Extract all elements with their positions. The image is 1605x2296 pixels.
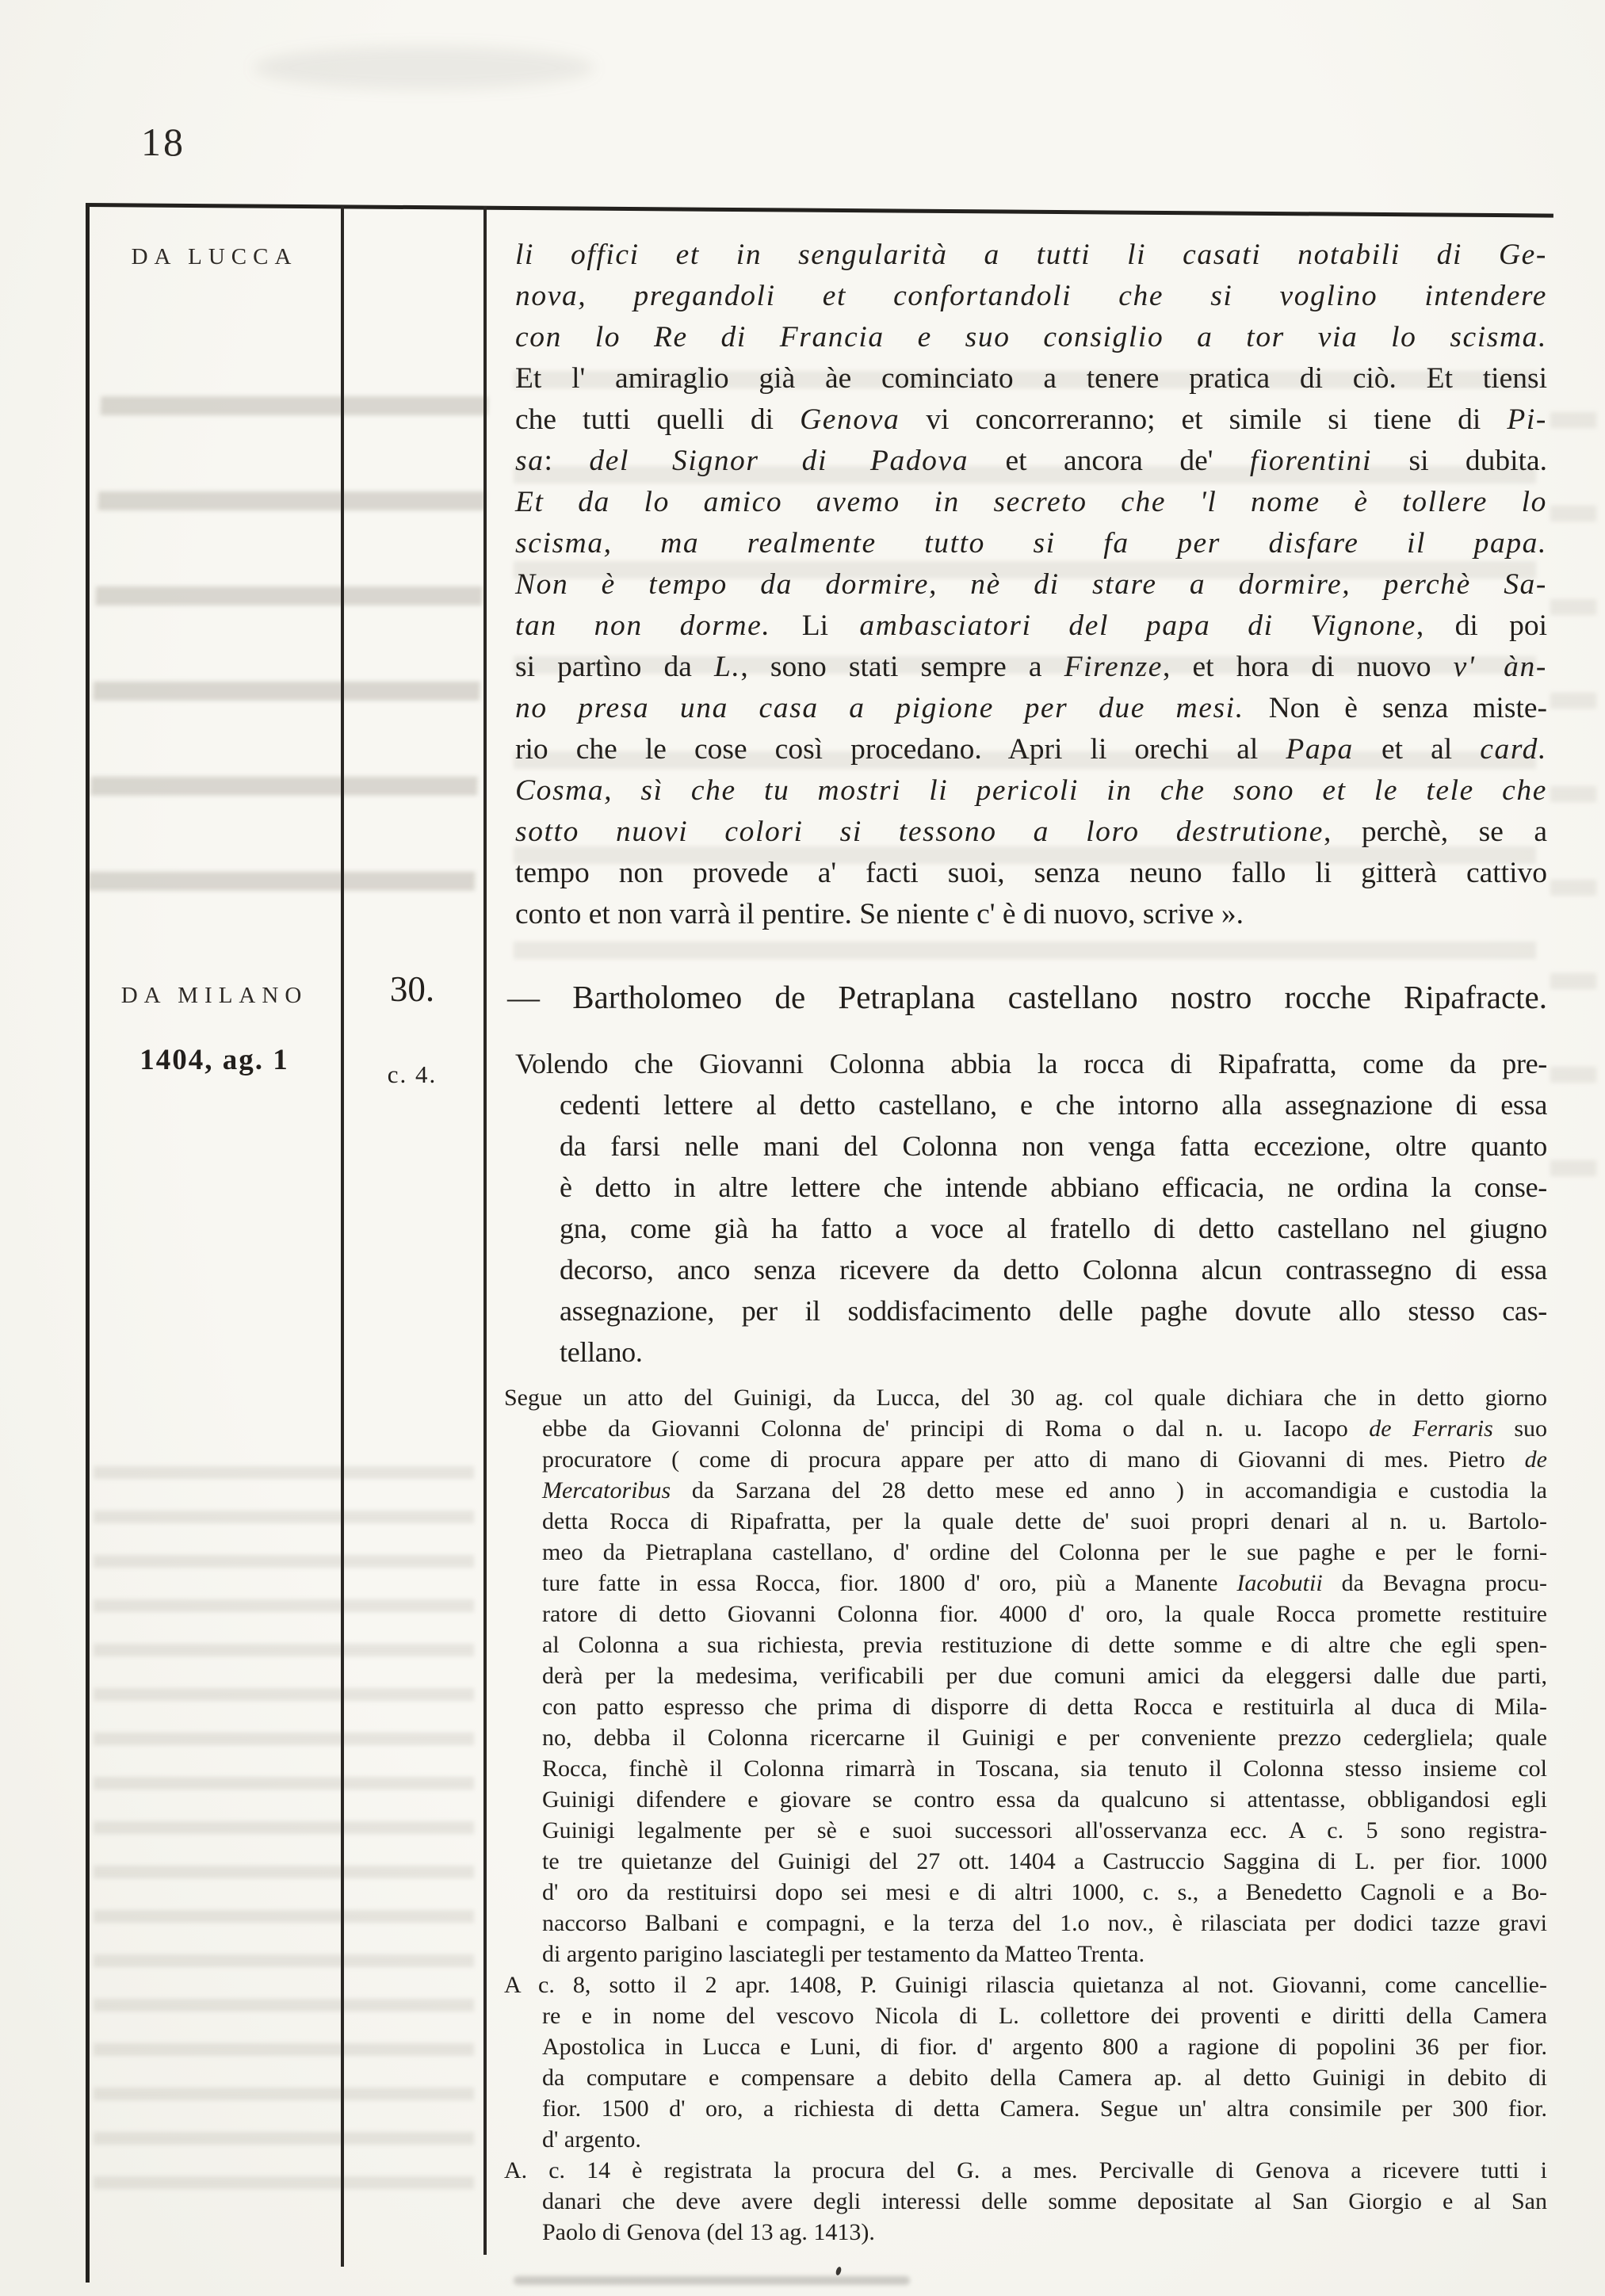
text-line: Rocca, finchè il Colonna rimarrà in Tosc… — [504, 1753, 1547, 1784]
italic-text: de — [1525, 1446, 1547, 1473]
text-line: nova, pregandoli et confortandoli che si… — [515, 276, 1547, 317]
text-line: è detto in altre lettere che intende abb… — [515, 1167, 1547, 1208]
margin-label-da-lucca: DA LUCCA — [89, 244, 340, 270]
text-line: fior. 1500 d' oro, a richiesta di detta … — [504, 2093, 1547, 2124]
text-line: detta Rocca di Ripafratta, per la quale … — [504, 1506, 1547, 1537]
text-line: gna, come già ha fatto a voce al fratell… — [515, 1208, 1547, 1249]
text-line: Cosma, sì che tu mostri li pericoli in c… — [515, 770, 1547, 812]
entry-heading: — Bartholomeo de Petraplana castellano n… — [507, 978, 1547, 1016]
text-line: naccorso Balbani e compagni, e la terza … — [504, 1908, 1547, 1939]
entry-summary: Volendo che Giovanni Colonna abbia la ro… — [515, 1043, 1547, 1373]
text-line: assegnazione, per il soddisfacimento del… — [515, 1290, 1547, 1331]
text-line: A. c. 14 è registrata la procura del G. … — [504, 2155, 1547, 2186]
italic-text: fiorentini — [1250, 445, 1372, 477]
text-line: te tre quietanze del Guinigi del 27 ott.… — [504, 1846, 1547, 1877]
page-number: 18 — [141, 119, 185, 165]
text-line: procuratore ( come di procura appare per… — [504, 1444, 1547, 1475]
text-line: li offici et in sengularità a tutti li c… — [515, 235, 1547, 276]
text-line: no, debba il Colonna ricercarne il Guini… — [504, 1722, 1547, 1753]
text-line: A c. 8, sotto il 2 apr. 1408, P. Guinigi… — [504, 1969, 1547, 2000]
text-line: Segue un atto del Guinigi, da Lucca, del… — [504, 1382, 1547, 1413]
column-divider-1 — [341, 206, 344, 2267]
column-divider-2 — [483, 206, 487, 2255]
table-left-border — [86, 204, 90, 2283]
text-line: derà per la medesima, verificabili per d… — [504, 1660, 1547, 1691]
note-a-c-8: A c. 8, sotto il 2 apr. 1408, P. Guinigi… — [504, 1969, 1547, 2155]
italic-text: sotto nuovi colori si tessono a loro des… — [515, 816, 1324, 848]
text-line: ratore di detto Giovanni Colonna fior. 4… — [504, 1599, 1547, 1629]
italic-text: ambasciatori del papa di Vignone — [859, 609, 1416, 642]
text-line: Mercatoribus da Sarzana del 28 detto mes… — [504, 1475, 1547, 1506]
text-line: re e in nome del vescovo Nicola di L. co… — [504, 2000, 1547, 2031]
text-line: tellano. — [515, 1331, 1547, 1373]
italic-text: li offici et in sengularità a tutti li c… — [515, 239, 1547, 271]
italic-text: L. — [714, 651, 740, 683]
entry-number: 30. — [342, 968, 483, 1010]
text-line: Et l' amiraglio già àe cominciato a tene… — [515, 358, 1547, 399]
italic-text: scisma, ma realmente tutto si fa per dis… — [515, 527, 1547, 560]
italic-text: Cosma, sì che tu mostri li pericoli in c… — [515, 774, 1547, 807]
text-line: cedenti lettere al detto castellano, e c… — [515, 1084, 1547, 1125]
text-line: sa: del Signor di Padova et ancora de' f… — [515, 441, 1547, 482]
text-line: di argento parigino lasciategli per test… — [504, 1939, 1547, 1969]
text-line: d' argento. — [504, 2124, 1547, 2155]
text-line: Guinigi legalmente per sè e suoi success… — [504, 1815, 1547, 1846]
italic-text: del Signor di Padova — [589, 445, 969, 477]
scan-smudge-bottom — [514, 2276, 910, 2285]
text-line: da farsi nelle mani del Colonna non veng… — [515, 1125, 1547, 1167]
text-line: d' oro da restituirsi dopo sei mesi e di… — [504, 1877, 1547, 1908]
text-line: conto et non varrà il pentire. Se niente… — [515, 894, 1547, 935]
bleed-through — [94, 1466, 474, 2211]
text-line: Paolo di Genova (del 13 ag. 1413). — [504, 2217, 1547, 2248]
text-line: Non è tempo da dormire, nè di stare a do… — [515, 564, 1547, 606]
italic-text: Firenze — [1064, 651, 1163, 683]
text-line: meo da Pietraplana castellano, d' ordine… — [504, 1537, 1547, 1568]
scan-smudge-top — [254, 46, 594, 90]
bleed-through — [86, 396, 488, 959]
carta-reference: c. 4. — [342, 1060, 483, 1089]
italic-text: Pi- — [1507, 403, 1547, 436]
italic-text: v' àn- — [1454, 651, 1547, 683]
text-line: scisma, ma realmente tutto si fa per dis… — [515, 523, 1547, 564]
italic-text: Mercatoribus — [542, 1477, 671, 1503]
text-line: da computare e compensare a debito della… — [504, 2062, 1547, 2093]
text-line: al Colonna a sua richiesta, previa resti… — [504, 1629, 1547, 1660]
italic-text: Non è tempo da dormire, nè di stare a do… — [515, 568, 1547, 601]
italic-text: sa — [515, 445, 545, 477]
scanned-page: { "page": { "number": "18" }, "colors": … — [0, 0, 1605, 2296]
text-line: Guinigi difendere e giovare se contro es… — [504, 1784, 1547, 1815]
letter-excerpt: li offici et in sengularità a tutti li c… — [515, 235, 1547, 935]
text-line: si partìno da L., sono stati sempre a Fi… — [515, 647, 1547, 688]
note-a-c-14: A. c. 14 è registrata la procura del G. … — [504, 2155, 1547, 2248]
text-line: decorso, anco senza ricevere da detto Co… — [515, 1249, 1547, 1290]
margin-label-da-milano: DA MILANO — [89, 983, 340, 1009]
table-top-rule — [86, 203, 1553, 218]
text-line: con patto espresso che prima di disporre… — [504, 1691, 1547, 1722]
italic-text: Papa — [1286, 733, 1354, 766]
text-line: sotto nuovi colori si tessono a loro des… — [515, 812, 1547, 853]
text-line: ebbe da Giovanni Colonna de' principi di… — [504, 1413, 1547, 1444]
text-line: no presa una casa a pigione per due mesi… — [515, 688, 1547, 729]
italic-text: tan non dorme. — [515, 609, 770, 642]
text-line: che tutti quelli di Genova vi concorrera… — [515, 399, 1547, 441]
text-line: danari che deve avere degli interessi de… — [504, 2186, 1547, 2217]
italic-text: no presa una casa a pigione per due mesi… — [515, 692, 1244, 724]
margin-date: 1404, ag. 1 — [89, 1043, 340, 1077]
italic-text: de Ferraris — [1369, 1415, 1493, 1442]
italic-text: con lo Re di Francia e suo consiglio a t… — [515, 321, 1547, 353]
italic-text: nova, pregandoli et confortandoli che si… — [515, 280, 1547, 312]
italic-text: card. — [1480, 733, 1547, 766]
ink-speck — [835, 2266, 842, 2275]
text-line: rio che le cose così procedano. Apri li … — [515, 729, 1547, 770]
bleed-through — [1550, 412, 1596, 1189]
italic-text: Genova — [800, 403, 900, 436]
text-line: Volendo che Giovanni Colonna abbia la ro… — [515, 1043, 1547, 1084]
text-line: con lo Re di Francia e suo consiglio a t… — [515, 317, 1547, 358]
text-line: tan non dorme. Li ambasciatori del papa … — [515, 606, 1547, 647]
text-line: ture fatte in essa Rocca, fior. 1800 d' … — [504, 1568, 1547, 1599]
italic-text: Et da lo amico avemo in secreto che 'l n… — [515, 486, 1547, 518]
text-line: tempo non provede a' facti suoi, senza n… — [515, 853, 1547, 894]
italic-text: Iacobutii — [1236, 1570, 1322, 1596]
text-line: Et da lo amico avemo in secreto che 'l n… — [515, 482, 1547, 523]
text-line: Apostolica in Lucca e Luni, di fior. d' … — [504, 2031, 1547, 2062]
note-segue-atto: Segue un atto del Guinigi, da Lucca, del… — [504, 1382, 1547, 1969]
